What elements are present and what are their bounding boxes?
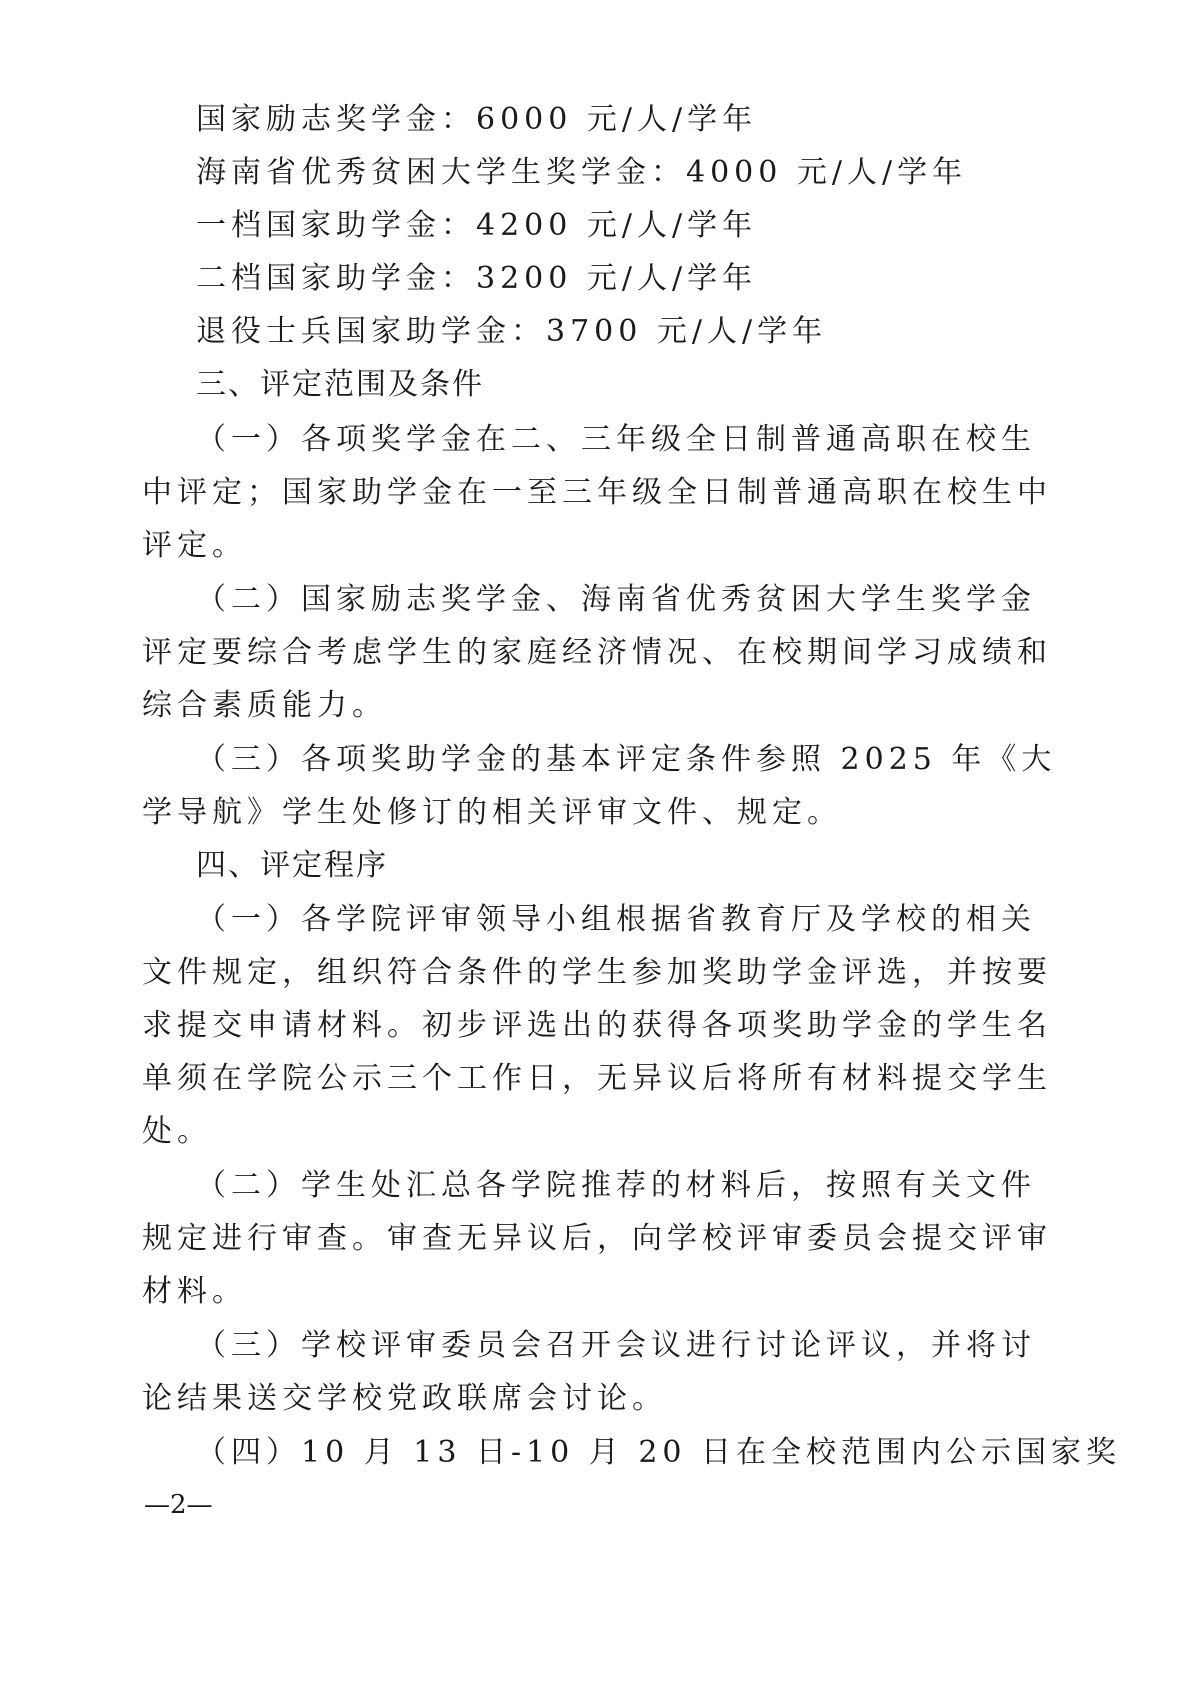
paragraph-line: 评定要综合考虑学生的家庭经济情况、在校期间学习成绩和	[142, 633, 1052, 673]
paragraph-line: 评定。	[142, 526, 247, 566]
award-amount-line: 一档国家助学金：4200 元/人/学年	[196, 206, 757, 246]
award-amount-line: 海南省优秀贫困大学生奖学金：4000 元/人/学年	[196, 153, 967, 193]
paragraph-line: （三）各项奖助学金的基本评定条件参照 2025 年《大	[196, 740, 1056, 780]
document-page: 国家励志奖学金：6000 元/人/学年 海南省优秀贫困大学生奖学金：4000 元…	[0, 0, 1190, 1683]
paragraph-line: 处。	[142, 1112, 212, 1152]
section-heading-procedure: 四、评定程序	[196, 846, 388, 886]
paragraph-line: （三）学校评审委员会召开会议进行讨论评议，并将讨	[196, 1326, 1036, 1366]
paragraph-line: 求提交申请材料。初步评选出的获得各项奖助学金的学生名	[142, 1006, 1052, 1046]
paragraph-line: 中评定；国家助学金在一至三年级全日制普通高职在校生中	[142, 473, 1052, 513]
paragraph-line: 综合素质能力。	[142, 686, 387, 726]
award-amount-line: 国家励志奖学金：6000 元/人/学年	[196, 100, 757, 140]
award-amount-line: 二档国家助学金：3200 元/人/学年	[196, 259, 757, 299]
paragraph-line: （一）各项奖学金在二、三年级全日制普通高职在校生	[196, 420, 1036, 460]
section-heading-scope: 三、评定范围及条件	[196, 365, 484, 405]
paragraph-line: 学导航》学生处修订的相关评审文件、规定。	[142, 793, 842, 833]
paragraph-line: 材料。	[142, 1272, 247, 1312]
paragraph-line: （二）学生处汇总各学院推荐的材料后，按照有关文件	[196, 1166, 1036, 1206]
paragraph-line: （一）各学院评审领导小组根据省教育厅及学校的相关	[196, 900, 1036, 940]
page-number: —2—	[144, 1488, 213, 1522]
award-amount-line: 退役士兵国家助学金：3700 元/人/学年	[196, 312, 827, 352]
paragraph-line: （四）10 月 13 日-10 月 20 日在全校范围内公示国家奖	[196, 1433, 1121, 1473]
paragraph-line: 规定进行审查。审查无异议后，向学校评审委员会提交评审	[142, 1219, 1052, 1259]
paragraph-line: 文件规定，组织符合条件的学生参加奖助学金评选，并按要	[142, 953, 1052, 993]
paragraph-line: 单须在学院公示三个工作日，无异议后将所有材料提交学生	[142, 1059, 1052, 1099]
paragraph-line: 论结果送交学校党政联席会讨论。	[142, 1379, 667, 1419]
paragraph-line: （二）国家励志奖学金、海南省优秀贫困大学生奖学金	[196, 580, 1036, 620]
